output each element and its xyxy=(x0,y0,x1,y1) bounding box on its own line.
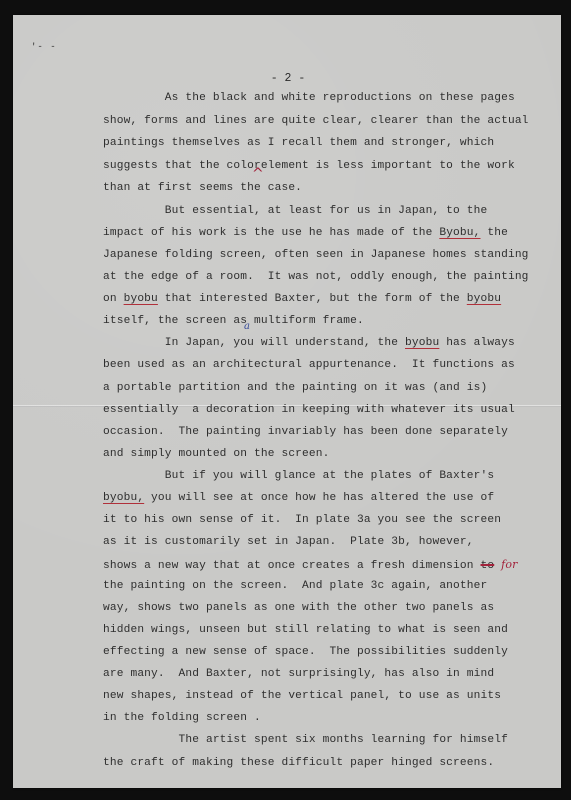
handwritten-correction: for xyxy=(501,558,517,571)
text-line: impact of his work is the use he has mad… xyxy=(103,227,508,239)
text-line: show, forms and lines are quite clear, c… xyxy=(103,115,529,127)
text-line: itself, the screen as multiform frame. xyxy=(103,315,364,327)
text-line: been used as an architectural appurtenan… xyxy=(103,359,515,371)
typewritten-page: '- - - 2 - As the black and white reprod… xyxy=(13,15,561,788)
corner-mark: '- - xyxy=(31,42,57,52)
underlined-term: byobu xyxy=(467,293,501,305)
text-line: at the edge of a room. It was not, oddly… xyxy=(103,271,529,283)
text-line: But essential, at least for us in Japan,… xyxy=(103,205,487,217)
text-line: the craft of making these difficult pape… xyxy=(103,757,494,769)
text-line: suggests that the colorelement is less i… xyxy=(103,160,515,172)
text-line: The artist spent six months learning for… xyxy=(103,734,508,746)
text-line: new shapes, instead of the vertical pane… xyxy=(103,690,501,702)
text-line: the painting on the screen. And plate 3c… xyxy=(103,580,487,592)
underlined-term: byobu, xyxy=(103,492,144,504)
text-line: hidden wings, unseen but still relating … xyxy=(103,624,508,636)
text-line: it to his own sense of it. In plate 3a y… xyxy=(103,514,501,526)
text-line: In Japan, you will understand, the byobu… xyxy=(103,337,515,349)
text-line: a portable partition and the painting on… xyxy=(103,382,487,394)
page-number: - 2 - xyxy=(13,72,561,85)
text-line: occasion. The painting invariably has be… xyxy=(103,426,508,438)
text-line: byobu, you will see at once how he has a… xyxy=(103,492,494,504)
text-line: as it is customarily set in Japan. Plate… xyxy=(103,536,474,548)
handwritten-insert-a: a xyxy=(244,321,250,332)
text-line: than at first seems the case. xyxy=(103,182,302,194)
text-line: But if you will glance at the plates of … xyxy=(103,470,494,482)
text-line: paintings themselves as I recall them an… xyxy=(103,137,494,149)
underlined-term: byobu xyxy=(124,293,158,305)
text-line: essentially a decoration in keeping with… xyxy=(103,404,515,416)
struck-word: to xyxy=(481,560,495,572)
text-segment: impact of his work is the use he has mad… xyxy=(103,227,439,239)
text-line: way, shows two panels as one with the ot… xyxy=(103,602,494,614)
underlined-term: Byobu, xyxy=(439,227,480,239)
insert-caret-red: ^ xyxy=(252,166,264,182)
underlined-term: byobu xyxy=(405,337,439,349)
text-line: and simply mounted on the screen. xyxy=(103,448,330,460)
text-line: effecting a new sense of space. The poss… xyxy=(103,646,508,658)
text-line: Japanese folding screen, often seen in J… xyxy=(103,249,529,261)
text-line: As the black and white reproductions on … xyxy=(103,92,515,104)
text-line: are many. And Baxter, not surprisingly, … xyxy=(103,668,494,680)
text-line: in the folding screen . xyxy=(103,712,261,724)
text-line: shows a new way that at once creates a f… xyxy=(103,558,518,572)
text-line: on byobu that interested Baxter, but the… xyxy=(103,293,501,305)
